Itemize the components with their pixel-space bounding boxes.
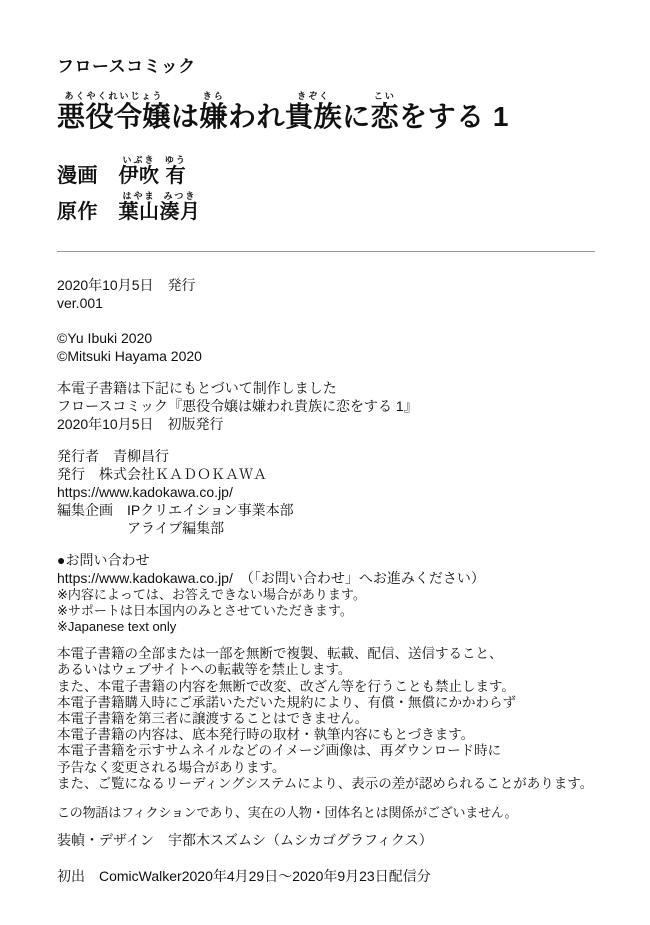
editorial-planning: 編集企画 IPクリエイション事業本部 bbox=[57, 501, 595, 519]
publisher-person: 発行者 青柳昌行 bbox=[57, 447, 595, 465]
fiction-disclaimer: この物語はフィクションであり、実在の人物・団体名とは関係がございません。 bbox=[57, 802, 595, 821]
publication-info: 2020年10月5日 発行 ver.001 bbox=[57, 276, 595, 312]
legal-line-9: また、ご覧になるリーディングシステムにより、表示の差が認められることがあります。 bbox=[57, 776, 595, 792]
legal-line-4: 本電子書籍購入時にご承諾いただいた規約により、有償・無償にかかわらず bbox=[57, 695, 595, 711]
publication-date: 2020年10月5日 発行 bbox=[57, 276, 595, 294]
credit-manga-artist: 漫画 伊吹いぶき 有ゆう bbox=[57, 155, 595, 187]
source-first-edition-date: 2020年10月5日 初版発行 bbox=[57, 415, 595, 433]
copyright-notices: ©Yu Ibuki 2020 ©Mitsuki Hayama 2020 bbox=[57, 329, 595, 365]
credit-original-author: 原作 葉山はやま湊月みつき bbox=[57, 191, 595, 223]
imprint-label: フロースコミック bbox=[57, 52, 595, 77]
copyright-artist: ©Yu Ibuki 2020 bbox=[57, 329, 595, 347]
book-title: 悪役令嬢あくやくれいじょうは嫌きらわれ貴族きぞくに恋こいをする 1 bbox=[57, 91, 595, 133]
contact-note-1: ※内容によっては、お答えできない場合があります。 bbox=[57, 587, 595, 603]
publisher-info: 発行者 青柳昌行 発行 株式会社ＫＡＤＯＫＡＷＡ https://www.kad… bbox=[57, 447, 595, 537]
legal-line-1: 本電子書籍の全部または一部を無断で複製、転載、配信、送信すること、 bbox=[57, 646, 595, 662]
first-publication: 初出 ComicWalker2020年4月29日～2020年9月23日配信分 bbox=[57, 866, 595, 886]
contact-note-2: ※サポートは日本国内のみとさせていただきます。 bbox=[57, 603, 595, 619]
copyright-author: ©Mitsuki Hayama 2020 bbox=[57, 347, 595, 365]
legal-notice: 本電子書籍の全部または一部を無断で複製、転載、配信、送信すること、 あるいはウェ… bbox=[57, 646, 595, 792]
publisher-url: https://www.kadokawa.co.jp/ bbox=[57, 483, 595, 501]
legal-line-6: 本電子書籍の内容は、底本発行時の取材・執筆内容にもとづきます。 bbox=[57, 727, 595, 743]
legal-line-8: 予告なく変更される場合があります。 bbox=[57, 760, 595, 776]
source-note: 本電子書籍は下記にもとづいて制作しました bbox=[57, 379, 595, 397]
source-title: フロースコミック『悪役令嬢は嫌われ貴族に恋をする 1』 bbox=[57, 397, 595, 415]
contact-heading: ●お問い合わせ bbox=[57, 551, 595, 569]
divider bbox=[57, 251, 595, 252]
legal-line-7: 本電子書籍を示すサムネイルなどのイメージ画像は、再ダウンロード時に bbox=[57, 743, 595, 759]
legal-line-2: あるいはウェブサイトへの転載等を禁止します。 bbox=[57, 662, 595, 678]
design-credit: 装幀・デザイン 宇都木スズムシ（ムシカゴグラフィクス） bbox=[57, 830, 595, 850]
legal-line-5: 本電子書籍を第三者に譲渡することはできません。 bbox=[57, 711, 595, 727]
publisher-company: 発行 株式会社ＫＡＤＯＫＡＷＡ bbox=[57, 465, 595, 483]
contact-note-3: ※Japanese text only bbox=[57, 619, 595, 635]
credits: 漫画 伊吹いぶき 有ゆう 原作 葉山はやま湊月みつき bbox=[57, 155, 595, 223]
legal-line-3: また、本電子書籍の内容を無断で改変、改ざん等を行うことも禁止します。 bbox=[57, 679, 595, 695]
contact-url: https://www.kadokawa.co.jp/ （「お問い合わせ」へお進… bbox=[57, 569, 595, 587]
contact-section: ●お問い合わせ https://www.kadokawa.co.jp/ （「お問… bbox=[57, 551, 595, 635]
colophon-page: フロースコミック 悪役令嬢あくやくれいじょうは嫌きらわれ貴族きぞくに恋こいをする… bbox=[0, 0, 650, 925]
version-number: ver.001 bbox=[57, 294, 595, 312]
editorial-department: アライブ編集部 bbox=[57, 519, 595, 537]
source-edition-info: 本電子書籍は下記にもとづいて制作しました フロースコミック『悪役令嬢は嫌われ貴族… bbox=[57, 379, 595, 433]
